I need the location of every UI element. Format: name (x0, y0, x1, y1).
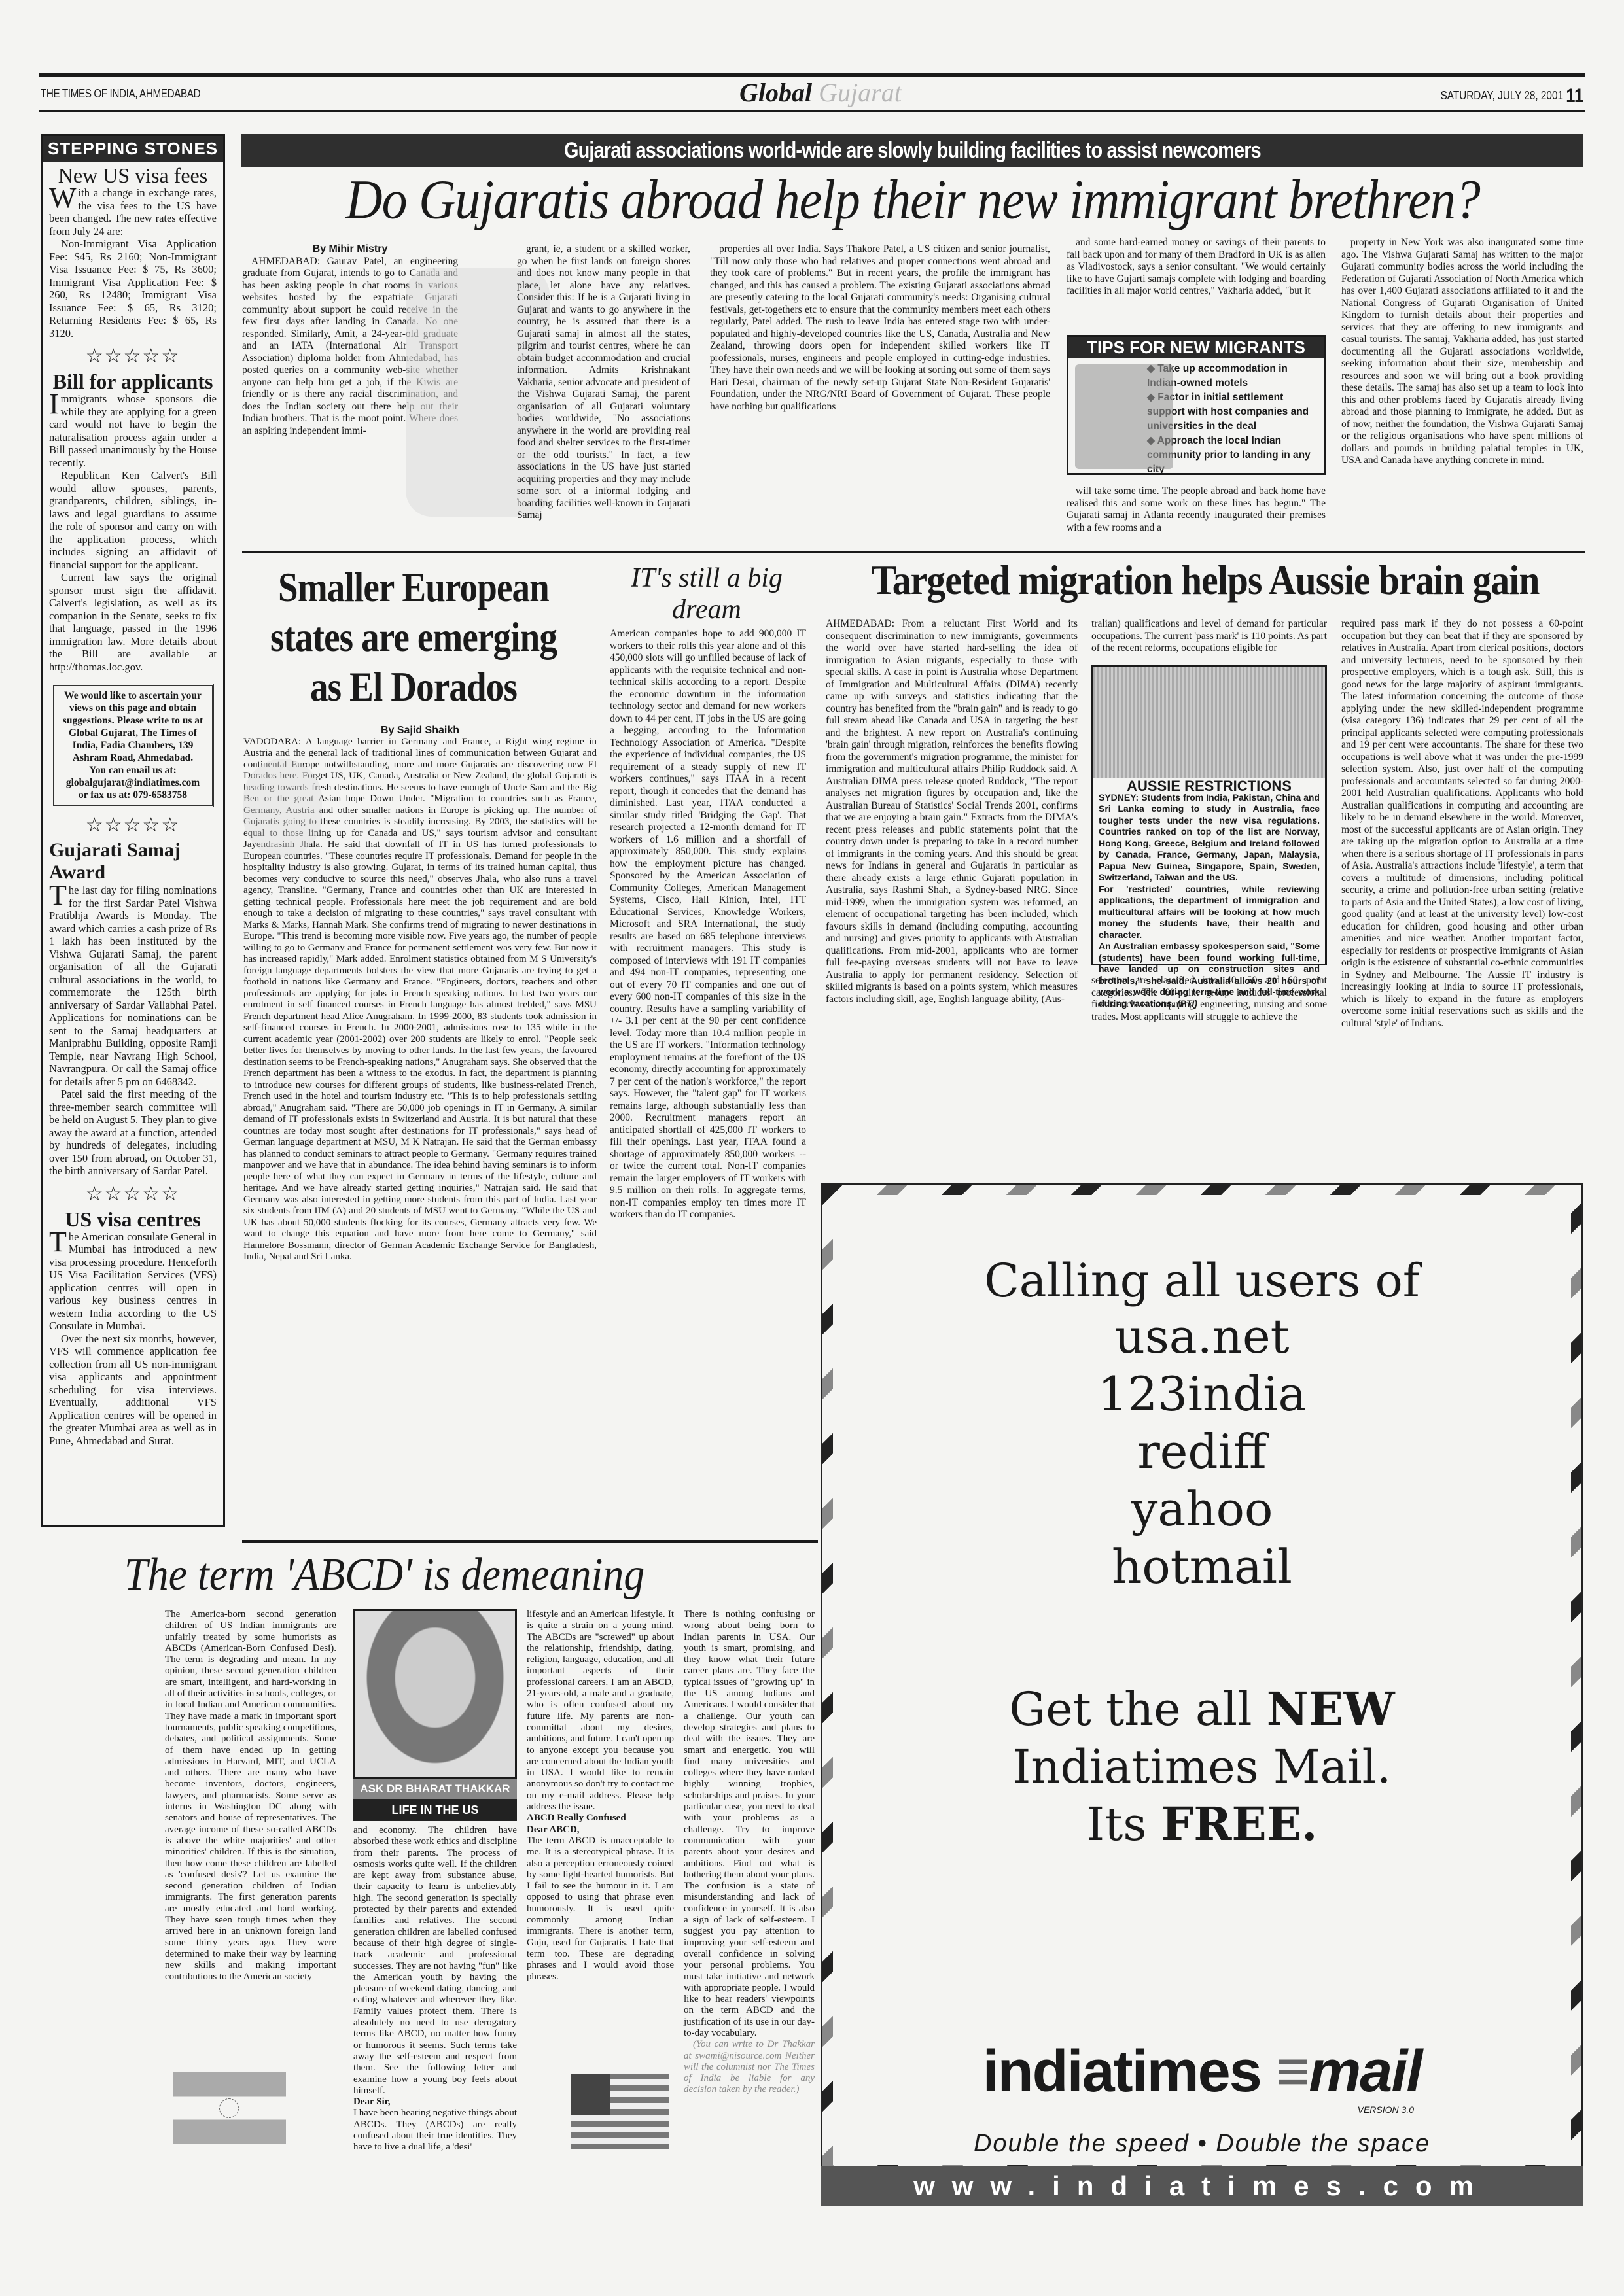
lead-col-4b-text: will take some time. The people abroad a… (1067, 485, 1326, 534)
lead-col-2-text: grant, ie, a student or a skilled worker… (517, 243, 690, 522)
aussie-col-3-text: required pass mark if they do not posses… (1341, 618, 1583, 1030)
aussie-col-2a-text: tralian) qualifications and level of dem… (1091, 618, 1327, 655)
it-dream-text: American companies hope to add 900,000 I… (610, 628, 806, 1221)
aussie-box-title: AUSSIE RESTRICTIONS (1099, 780, 1320, 792)
sydney-harbour-illustration (1093, 667, 1325, 778)
reply-salutation: Dear ABCD, (527, 1824, 674, 1835)
ad-service-item: hotmail (833, 1538, 1571, 1595)
aussie-box-p1: SYDNEY: Students from India, Pakistan, C… (1099, 792, 1320, 884)
contact-text: We would like to ascertain your views on… (56, 689, 209, 764)
ad-tagline: Double the speed • Double the space (833, 2130, 1571, 2158)
lead-col-4a-text: and some hard-earned money or savings of… (1067, 237, 1326, 298)
award-p2: Patel said the first meeting of the thre… (49, 1088, 217, 1177)
tips-title: TIPS FOR NEW MIGRANTS (1068, 337, 1324, 358)
travel-cartoon-illustration (243, 759, 322, 857)
lead-byline: By Mihir Mistry (242, 243, 458, 256)
stepping-stones-sidebar: STEPPING STONES New US visa fees With a … (41, 134, 225, 1527)
section-divider (242, 1540, 818, 1543)
stars-divider: ☆☆☆☆☆ (49, 1183, 217, 1206)
aussie-headline: Targeted migration helps Aussie brain ga… (864, 556, 1547, 604)
abcd-col-2: and economy. The children have absorbed … (353, 1825, 517, 2153)
europe-byline: By Sajid Shaikh (243, 725, 597, 737)
vfs-p2: Over the next six months, however, VFS w… (49, 1332, 217, 1448)
us-flag-icon (571, 2074, 669, 2149)
aussie-restrictions-box: AUSSIE RESTRICTIONS SYDNEY: Students fro… (1091, 665, 1327, 965)
aussie-col-2b: selection are classified into 40, 50 and… (1091, 975, 1327, 1023)
india-flag-icon (173, 2072, 286, 2144)
lead-col-2: grant, ie, a student or a skilled worker… (517, 243, 690, 522)
ad-new-text: NEW (1267, 1682, 1395, 1736)
date-page: SATURDAY, JULY 28, 2001 11 (1440, 85, 1583, 107)
logo-indiatimes: indiatimes (983, 2039, 1261, 2104)
vfs-p1: The American consulate General in Mumbai… (49, 1230, 217, 1332)
aussie-col-3: required pass mark if they do not posses… (1341, 618, 1583, 1030)
indiatimes-mail-ad[interactable]: Calling all users of usa.net 123india re… (821, 1183, 1583, 2177)
masthead-bottom-rule (39, 110, 1585, 112)
column-caption: ASK DR BHARAT THAKKAR (353, 1779, 517, 1799)
abcd-headline: The term 'ABCD' is demeaning (124, 1548, 818, 1601)
masthead-top-rule (39, 73, 1585, 77)
ad-get-text: Get the all (1009, 1682, 1252, 1736)
bill-p1: Immigrants whose sponsors die while they… (49, 392, 217, 469)
ad-service-item: 123india (833, 1365, 1571, 1423)
ad-calling-text: Calling all users of (833, 1195, 1571, 1308)
ad-service-item: yahoo (833, 1480, 1571, 1538)
page-number: 11 (1566, 85, 1583, 107)
migrants-illustration (1075, 364, 1173, 469)
visa-fees-title: New US visa fees (49, 164, 217, 186)
ad-service-item: rediff (833, 1423, 1571, 1480)
abcd-col-4: There is nothing confusing or wrong abou… (684, 1609, 815, 2096)
lead-col-4b: will take some time. The people abroad a… (1067, 485, 1326, 534)
lead-col-5: property in New York was also inaugurate… (1341, 237, 1583, 467)
column-title: LIFE IN THE US (353, 1799, 517, 1821)
ad-its-text: Its (1087, 1798, 1147, 1851)
newspaper-name: THE TIMES OF INDIA, AHMEDABAD (41, 87, 200, 101)
ad-version: VERSION 3.0 (1358, 2104, 1414, 2115)
visa-fees-p2: Non-Immigrant Visa Application Fee: $45,… (49, 237, 217, 339)
visa-fees-p1: With a change in exchange rates, the vis… (49, 186, 217, 237)
letter-salutation: Dear Sir, (353, 2096, 517, 2108)
lead-kicker: Gujarati associations world-wide are slo… (564, 134, 1261, 167)
letter-signoff: ABCD Really Confused (527, 1813, 674, 1824)
contact-box: We would like to ascertain your views on… (52, 684, 214, 807)
lead-headline: Do Gujaratis abroad help their new immig… (242, 167, 1583, 232)
contact-email-link[interactable]: globalgujarat@indiatimes.com (56, 776, 209, 789)
sidebar-header: STEPPING STONES (43, 136, 223, 162)
ad-service-item: usa.net (833, 1308, 1571, 1365)
aussie-col-1: AHMEDABAD: From a reluctant First World … (826, 618, 1078, 1005)
lead-col-3-text: properties all over India. Says Thakore … (710, 243, 1050, 413)
indiatimes-mail-logo: indiatimes ≡mail (833, 2038, 1571, 2106)
contact-email-label: You can email us at: (56, 764, 209, 776)
stars-divider: ☆☆☆☆☆ (49, 345, 217, 368)
stars-divider: ☆☆☆☆☆ (49, 814, 217, 837)
section-title-a: Global (739, 78, 812, 107)
abcd-col-4-text: There is nothing confusing or wrong abou… (684, 1609, 815, 2039)
abcd-col-3: lifestyle and an American lifestyle. It … (527, 1609, 674, 1983)
bill-p3: Current law says the original sponsor mu… (49, 571, 217, 673)
aussie-col-2a: tralian) qualifications and level of dem… (1091, 618, 1327, 655)
lead-col-4a: and some hard-earned money or savings of… (1067, 237, 1326, 298)
columnist-note: (You can write to Dr Thakkar at swami@ni… (684, 2039, 815, 2095)
it-dream-body: American companies hope to add 900,000 I… (610, 628, 806, 1221)
abcd-col-1-text: The America-born second generation child… (165, 1609, 336, 1983)
aussie-col-2b-text: selection are classified into 40, 50 and… (1091, 975, 1327, 1023)
it-dream-headline: IT's still a big dream (609, 563, 805, 625)
abcd-col-2a-text: and economy. The children have absorbed … (353, 1825, 517, 2096)
abcd-col-2b-text: I have been hearing negative things abou… (353, 2108, 517, 2153)
section-title-b: Gujarat (819, 78, 902, 107)
lead-col-5-text: property in New York was also inaugurate… (1341, 237, 1583, 467)
ad-url-link[interactable]: www.indiatimes.com (821, 2166, 1583, 2206)
lead-kicker-banner: Gujarati associations world-wide are slo… (241, 134, 1583, 167)
ad-product-name: Indiatimes Mail. (833, 1738, 1571, 1796)
ad-free-text: FREE. (1161, 1797, 1318, 1851)
issue-date: SATURDAY, JULY 28, 2001 (1440, 89, 1562, 102)
ad-offer: Get the all NEW Indiatimes Mail. Its FRE… (833, 1680, 1571, 1853)
bill-title: Bill for applicants (49, 370, 217, 392)
logo-mail: mail (1309, 2039, 1421, 2104)
aussie-col-1-text: AHMEDABAD: From a reluctant First World … (826, 618, 1078, 1005)
section-divider (242, 551, 1585, 553)
bill-p2: Republican Ken Calvert's Bill would allo… (49, 469, 217, 571)
europe-headline: Smaller European states are emerging as … (267, 563, 559, 712)
lead-col-3: properties all over India. Says Thakore … (710, 243, 1050, 413)
contact-fax: or fax us at: 079-6583758 (56, 789, 209, 801)
abcd-col-3a-text: lifestyle and an American lifestyle. It … (527, 1609, 674, 1813)
section-title: Global Gujarat (739, 77, 902, 108)
tips-box: TIPS FOR NEW MIGRANTS ◆ Take up accommod… (1067, 335, 1326, 475)
vfs-title: US visa centres (49, 1208, 217, 1230)
award-p1: The last day for filing nominations for … (49, 884, 217, 1088)
aussie-box-p2: For 'restricted' countries, while review… (1099, 884, 1320, 941)
abcd-col-3b-text: The term ABCD is unacceptable to me. It … (527, 1835, 674, 1983)
columnist-photo (353, 1609, 517, 1779)
abcd-col-1: The America-born second generation child… (165, 1609, 336, 1983)
award-title: Gujarati Samaj Award (49, 839, 217, 884)
